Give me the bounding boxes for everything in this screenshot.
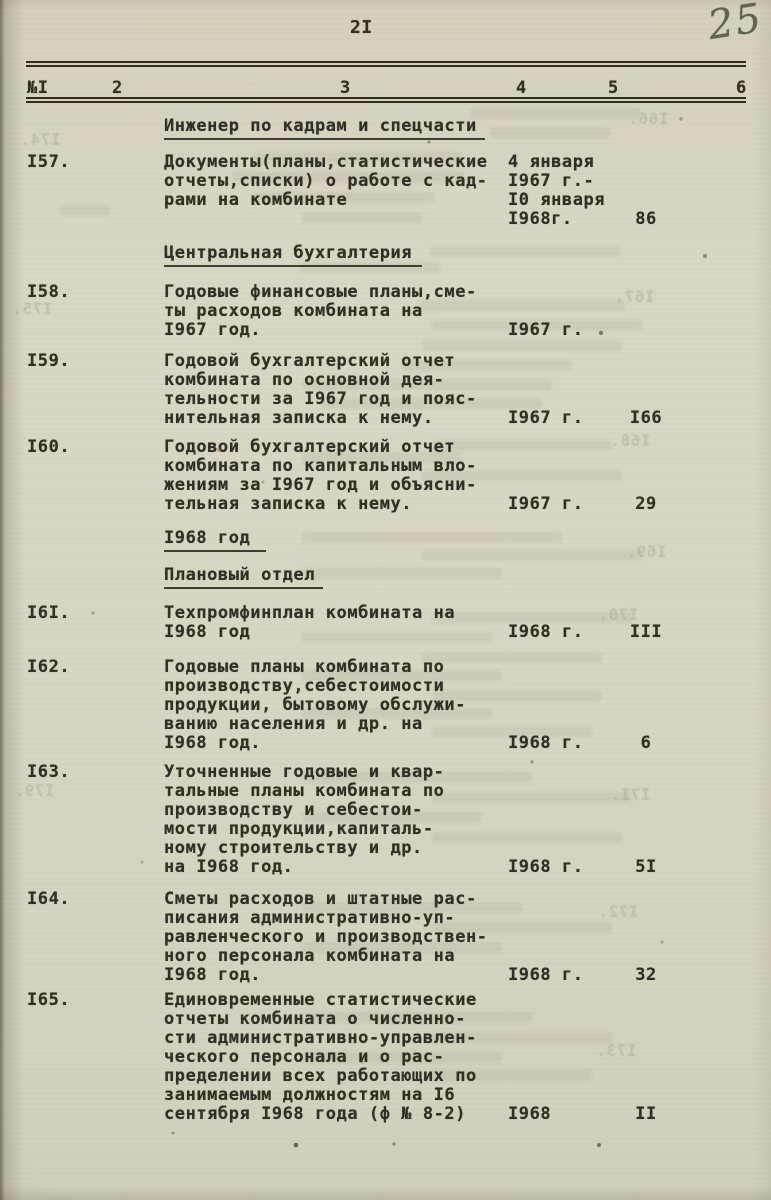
section-heading-central-accounting: Центральная бухгалтерия	[164, 244, 422, 267]
column-header-5: 5	[608, 79, 619, 98]
entry-title: Сметы расходов и штатные рас- писания ад…	[164, 890, 510, 985]
section-heading-1968-year: I968 год	[164, 529, 266, 552]
entry-number: I59.	[27, 352, 70, 371]
bleedthrough-streak	[302, 212, 422, 223]
column-header-1: №I	[27, 79, 49, 98]
bleedthrough-text: I66.	[628, 110, 669, 128]
entry-title: Годовой бухгалтерский отчет комбината по…	[164, 438, 510, 514]
table-rule-bottom	[26, 97, 746, 103]
entry-title: Единовременные статистические отчеты ком…	[164, 991, 510, 1124]
entry-number: I64.	[27, 890, 70, 909]
entry-number: I57.	[27, 153, 70, 172]
bleedthrough-text: I75.	[12, 300, 53, 318]
column-header-4: 4	[516, 79, 527, 98]
section-heading-planning-department: Плановый отдел	[164, 566, 323, 589]
bleedthrough-text: I7I.	[610, 786, 651, 804]
entry-title: Уточненные годовые и квар- тальные планы…	[164, 763, 510, 877]
bleedthrough-streak	[302, 568, 502, 579]
bleedthrough-text: I72.	[598, 903, 639, 921]
entry-number: I63.	[27, 763, 70, 782]
entry-title: Документы(планы,статистические отчеты,сп…	[164, 153, 510, 210]
bleedthrough-text: I68.	[610, 432, 651, 450]
entry-title: Годовые финансовые планы,сме- ты расходо…	[164, 283, 510, 340]
column-header-6: 6	[736, 79, 747, 98]
entry-sheet-count: III	[598, 623, 694, 642]
entry-number: I6I.	[27, 604, 70, 623]
entry-sheet-count: II	[598, 1105, 694, 1124]
bleedthrough-text: I79.	[14, 782, 55, 800]
bleedthrough-streak	[430, 246, 620, 257]
bleedthrough-streak	[60, 205, 110, 216]
entry-number: I58.	[27, 283, 70, 302]
bleedthrough-text: I73.	[596, 1042, 637, 1060]
entry-sheet-count: I66	[598, 409, 694, 428]
entry-sheet-count: 32	[598, 966, 694, 985]
bleedthrough-text: I67.	[614, 288, 655, 306]
page-number: 2I	[350, 18, 373, 37]
dust-specks	[0, 0, 2, 2]
entry-sheet-count: 5I	[598, 858, 694, 877]
scanned-document-page: I66. I67. I68. I69. I70. I7I. I72. I73. …	[0, 0, 771, 1200]
bleedthrough-streak	[422, 340, 622, 351]
entry-number: I60.	[27, 438, 70, 457]
entry-title: Годовой бухгалтерский отчет комбината по…	[164, 352, 510, 428]
entry-title: Годовые планы комбината по производству,…	[164, 658, 510, 753]
bleedthrough-streak	[470, 108, 640, 119]
bleedthrough-text: I69.	[626, 543, 667, 561]
bleedthrough-streak	[422, 550, 642, 561]
entry-title: Техпромфинплан комбината на I968 год	[164, 604, 510, 642]
entry-sheet-count: 29	[598, 495, 694, 514]
entry-number: I65.	[27, 991, 70, 1010]
entry-dates: I967 г.	[508, 321, 628, 340]
bleedthrough-text: I74.	[20, 131, 61, 149]
column-header-2: 2	[112, 79, 123, 98]
entry-sheet-count: 86	[598, 210, 694, 229]
table-rule-top	[26, 61, 746, 67]
section-heading-engineer-po-kadram: Инженер по кадрам и спецчасти	[164, 117, 485, 140]
handwritten-folio-number: 25	[705, 0, 765, 46]
entry-number: I62.	[27, 658, 70, 677]
bleedthrough-streak	[302, 532, 562, 543]
entry-sheet-count: 6	[598, 734, 694, 753]
column-header-3: 3	[340, 79, 351, 98]
bleedthrough-streak	[490, 127, 610, 138]
